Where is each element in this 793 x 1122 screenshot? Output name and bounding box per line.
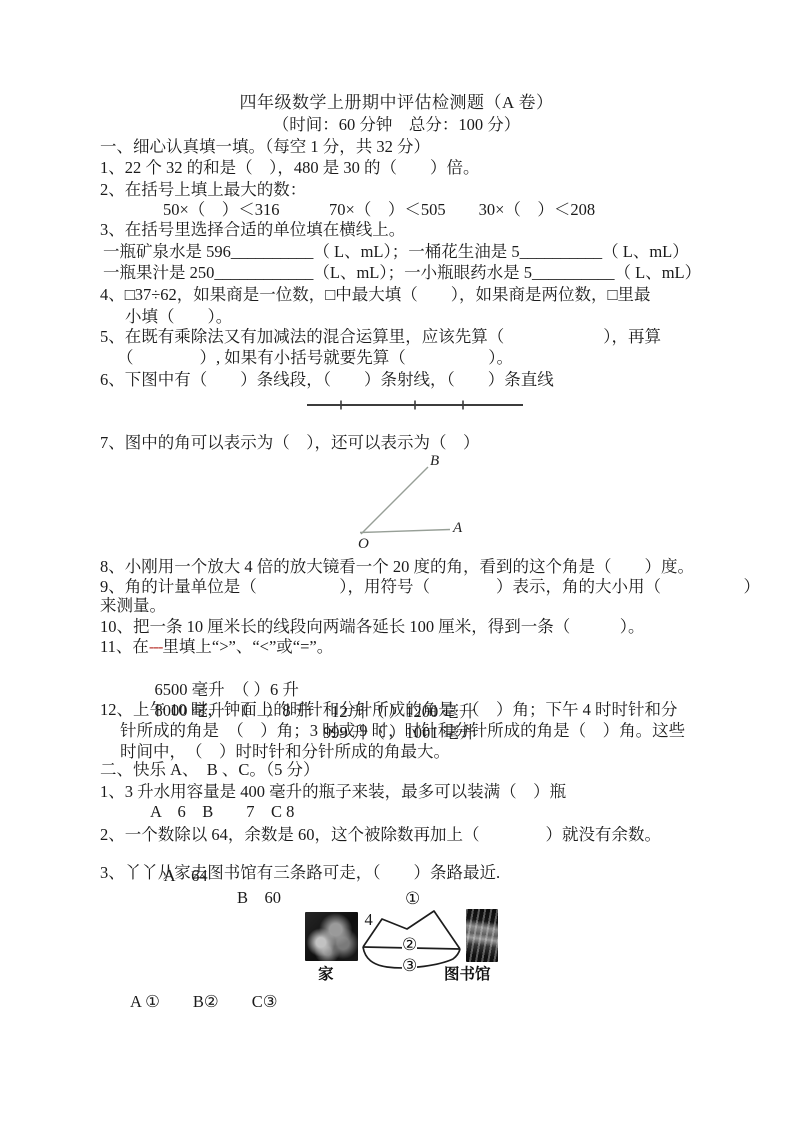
page-title: 四年级数学上册期中评估检测题（A 卷） xyxy=(0,92,793,114)
s1-question-9-line1: 9、角的计量单位是（ ），用符号（ ）表示，角的大小用（ ） xyxy=(100,576,760,598)
s1-question-9-line2: 来测量。 xyxy=(100,595,166,617)
s1-question-3-row2: 一瓶果汁是 250____________（L、mL）；一小瓶眼药水是 5___… xyxy=(103,262,701,284)
home-photo xyxy=(305,912,358,961)
q11-prefix: 11、在 xyxy=(100,637,149,656)
s1-question-4-line1: 4、□37÷62，如果商是一位数，□中最大填（ ），如果商是两位数，□里最 xyxy=(100,284,650,306)
s1-question-5-line2: （ ）, 如果有小括号就要先算（ ）。 xyxy=(117,347,513,369)
s1-question-1: 1、22 个 32 的和是（ ），480 是 30 的（ ）倍。 xyxy=(100,157,480,179)
s1-question-12-line1: 12、上午 10 时，钟面上的时针和分针所成的角是 （ ）角；下午 4 时时针和… xyxy=(100,699,678,721)
s1-question-7: 7、图中的角可以表示为（ ），还可以表示为（ ） xyxy=(100,432,480,454)
page-subtitle: （时间：60 分钟 总分：100 分） xyxy=(0,114,793,136)
s1-question-11-stem: 11、在---里填上“>”、“<”或“=”。 xyxy=(100,636,333,658)
route-2-label: ② xyxy=(402,936,417,954)
s1-question-8: 8、小刚用一个放大 4 倍的放大镜看一个 20 度的角，看到的这个角是（ ）度。 xyxy=(100,556,694,578)
s2-question-1-stem: 1、3 升水用容量是 400 毫升的瓶子来装，最多可以装满（ ）瓶 xyxy=(100,781,566,803)
s2-question-3-answers: A ① B② C③ xyxy=(130,991,278,1013)
s1-question-3-row1: 一瓶矿泉水是 596__________（ L、mL）；一桶花生油是 5____… xyxy=(103,241,689,263)
section2-heading: 二、快乐 A、 B 、C。（5 分） xyxy=(100,759,320,781)
q11-suffix: 里填上“>”、“<”或“=”。 xyxy=(162,637,333,656)
s1-question-4-line2: 小填（ ）。 xyxy=(125,306,232,328)
s1-question-10: 10、把一条 10 厘米长的线段向两端各延长 100 厘米，得到一条（ ）。 xyxy=(100,616,645,638)
s1-question-5-line1: 5、在既有乘除法又有加减法的混合运算里，应该先算（ ），再算 xyxy=(100,326,661,348)
angle-figure: B A O xyxy=(340,452,490,554)
exam-paper-page: 四年级数学上册期中评估检测题（A 卷） （时间：60 分钟 总分：100 分） … xyxy=(0,0,793,1122)
library-label: 图书馆 xyxy=(444,965,491,985)
s2q2-option-b: B 60 xyxy=(237,887,281,909)
s2-question-3-stem: 3、丫丫从家去图书馆有三条路可走，（ ）条路最近. xyxy=(100,862,500,884)
s1-question-12-line2: 针所成的角是 （ ）角；3 时或 9 时，时针和分针所成的角是（ ）角。这些 xyxy=(120,720,685,742)
angle-label-a: A xyxy=(453,520,462,536)
s1-question-11-row1: 6500 毫升 （ ）6 升 12 升（ ）1200 毫升 xyxy=(138,657,299,679)
q11-red-dashes: --- xyxy=(149,637,162,656)
s1-question-6: 6、下图中有（ ）条线段，（ ）条射线，（ ）条直线 xyxy=(100,369,554,391)
route-map-figure: ① ② ③ 家 图书馆 xyxy=(295,889,525,991)
s2-question-1-options: A 6 B 7 C 8 xyxy=(150,801,294,823)
angle-label-o: O xyxy=(358,536,369,552)
s1-question-2-stem: 2、在括号上填上最大的数： xyxy=(100,179,306,201)
angle-label-b: B xyxy=(430,453,439,469)
s1-question-2-row: 50×（ ）＜316 70×（ ）＜505 30×（ ）＜208 xyxy=(163,199,595,221)
home-label: 家 xyxy=(318,965,334,985)
library-photo xyxy=(466,909,498,962)
segment-line-figure xyxy=(307,399,524,411)
s1-question-11-row2: 8000 毫升 （ ）8 升 999 升（ ）1001 毫升 xyxy=(138,678,311,700)
s1-question-3-stem: 3、在括号里选择合适的单位填在横线上。 xyxy=(100,219,405,241)
section1-heading: 一、细心认真填一填。（每空 1 分，共 32 分） xyxy=(100,136,430,158)
route-3-label: ③ xyxy=(402,957,417,975)
